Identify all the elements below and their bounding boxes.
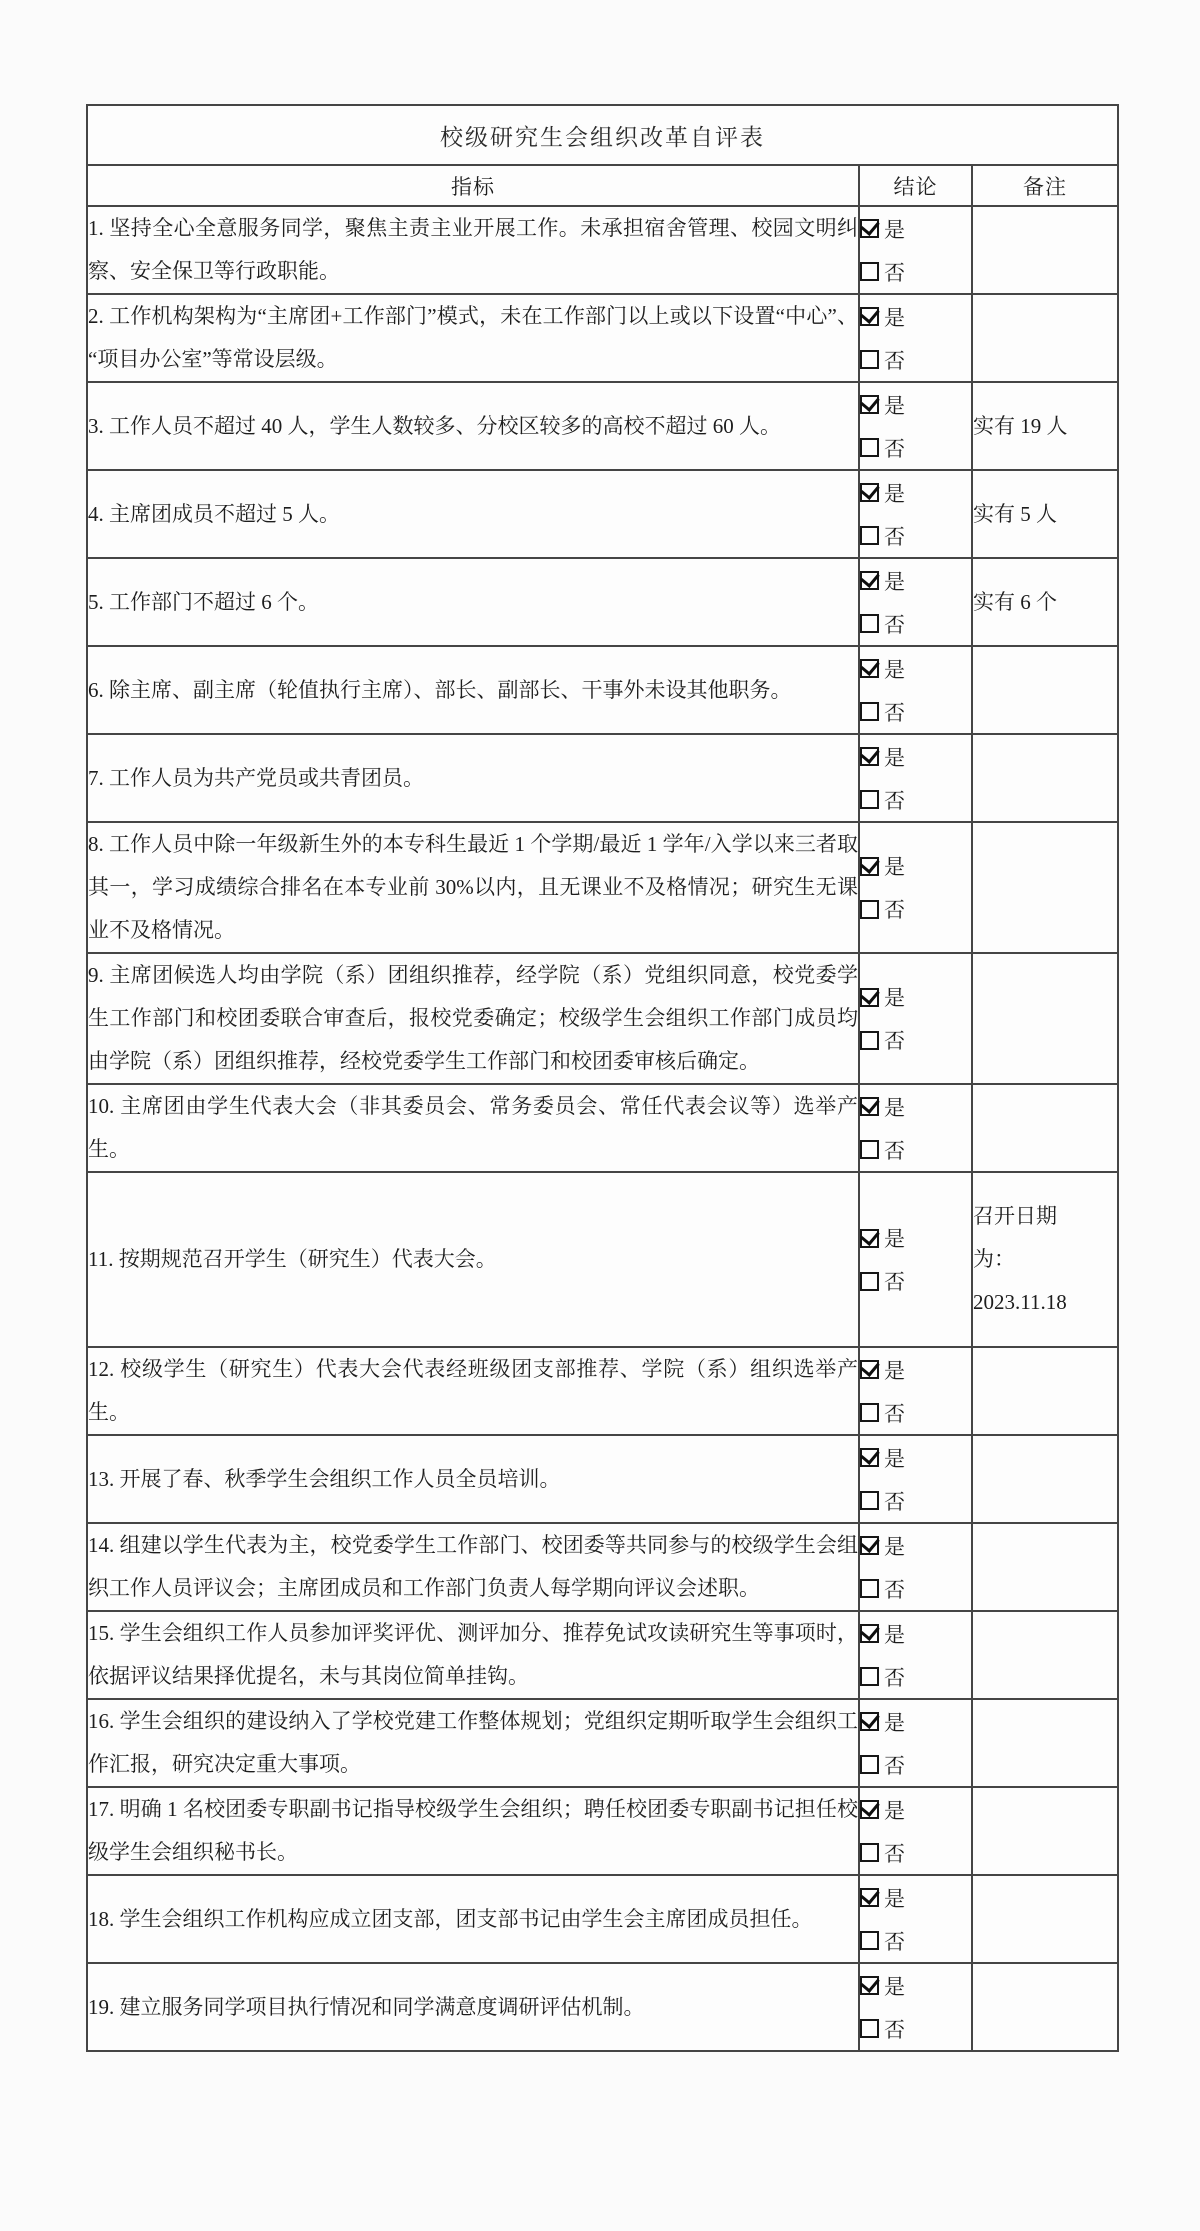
conclusion-no-option[interactable]: 否 xyxy=(860,602,971,645)
yes-checkbox-icon[interactable] xyxy=(860,1888,879,1907)
conclusion-no-option[interactable]: 否 xyxy=(860,1260,971,1303)
indicator-cell: 3. 工作人员不超过 40 人，学生人数较多、分校区较多的高校不超过 60 人。 xyxy=(87,382,859,470)
yes-checkbox-icon[interactable] xyxy=(860,1712,879,1731)
no-label: 否 xyxy=(884,1135,905,1165)
yes-checkbox-icon[interactable] xyxy=(860,571,879,590)
table-row: 18. 学生会组织工作机构应成立团支部，团支部书记由学生会主席团成员担任。 是 … xyxy=(87,1875,1118,1963)
conclusion-no-option[interactable]: 否 xyxy=(860,1831,971,1874)
table-row: 8. 工作人员中除一年级新生外的本专科生最近 1 个学期/最近 1 学年/入学以… xyxy=(87,822,1118,953)
yes-checkbox-icon[interactable] xyxy=(860,1800,879,1819)
remark-cell xyxy=(972,1435,1118,1523)
conclusion-yes-option[interactable]: 是 xyxy=(860,1348,971,1391)
yes-label: 是 xyxy=(884,1619,905,1649)
yes-checkbox-icon[interactable] xyxy=(860,1448,879,1467)
conclusion-no-option[interactable]: 否 xyxy=(860,1655,971,1698)
no-label: 否 xyxy=(884,257,905,287)
no-label: 否 xyxy=(884,1025,905,1055)
table-row: 6. 除主席、副主席（轮值执行主席）、部长、副部长、干事外未设其他职务。 是 否 xyxy=(87,646,1118,734)
conclusion-yes-option[interactable]: 是 xyxy=(860,1876,971,1919)
no-checkbox-icon[interactable] xyxy=(860,790,879,809)
conclusion-cell: 是 否 xyxy=(859,1084,972,1172)
yes-checkbox-icon[interactable] xyxy=(860,747,879,766)
indicator-text: 15. 学生会组织工作人员参加评奖评优、测评加分、推荐免试攻读研究生等事项时，依… xyxy=(88,1621,858,1688)
no-checkbox-icon[interactable] xyxy=(860,1931,879,1950)
table-row: 14. 组建以学生代表为主，校党委学生工作部门、校团委等共同参与的校级学生会组织… xyxy=(87,1523,1118,1611)
indicator-text: 19. 建立服务同学项目执行情况和同学满意度调研评估机制。 xyxy=(88,1995,645,2019)
conclusion-no-option[interactable]: 否 xyxy=(860,1919,971,1962)
conclusion-yes-option[interactable]: 是 xyxy=(860,559,971,602)
no-label: 否 xyxy=(884,1486,905,1516)
indicator-cell: 12. 校级学生（研究生）代表大会代表经班级团支部推荐、学院（系）组织选举产生。 xyxy=(87,1347,859,1435)
indicator-text: 13. 开展了春、秋季学生会组织工作人员全员培训。 xyxy=(88,1467,561,1491)
yes-label: 是 xyxy=(884,214,905,244)
remark-cell xyxy=(972,1611,1118,1699)
indicator-text: 18. 学生会组织工作机构应成立团支部，团支部书记由学生会主席团成员担任。 xyxy=(88,1907,813,1931)
yes-checkbox-icon[interactable] xyxy=(860,1097,879,1116)
no-checkbox-icon[interactable] xyxy=(860,900,879,919)
conclusion-cell: 是 否 xyxy=(859,734,972,822)
yes-checkbox-icon[interactable] xyxy=(860,1624,879,1643)
remark-cell xyxy=(972,1787,1118,1875)
conclusion-yes-option[interactable]: 是 xyxy=(860,1085,971,1128)
yes-checkbox-icon[interactable] xyxy=(860,1976,879,1995)
remark-text: 实有 6 个 xyxy=(973,590,1057,614)
conclusion-yes-option[interactable]: 是 xyxy=(860,1964,971,2007)
conclusion-cell: 是 否 xyxy=(859,558,972,646)
indicator-text: 14. 组建以学生代表为主，校党委学生工作部门、校团委等共同参与的校级学生会组织… xyxy=(88,1533,858,1600)
yes-checkbox-icon[interactable] xyxy=(860,395,879,414)
yes-checkbox-icon[interactable] xyxy=(860,988,879,1007)
conclusion-no-option[interactable]: 否 xyxy=(860,514,971,557)
table-row: 1. 坚持全心全意服务同学，聚焦主责主业开展工作。未承担宿舍管理、校园文明纠察、… xyxy=(87,206,1118,294)
conclusion-yes-option[interactable]: 是 xyxy=(860,383,971,426)
indicator-text: 10. 主席团由学生代表大会（非其委员会、常务委员会、常任代表会议等）选举产生。 xyxy=(88,1094,858,1161)
no-label: 否 xyxy=(884,433,905,463)
indicator-cell: 15. 学生会组织工作人员参加评奖评优、测评加分、推荐免试攻读研究生等事项时，依… xyxy=(87,1611,859,1699)
no-label: 否 xyxy=(884,1926,905,1956)
indicator-cell: 13. 开展了春、秋季学生会组织工作人员全员培训。 xyxy=(87,1435,859,1523)
remark-cell: 实有 5 人 xyxy=(972,470,1118,558)
no-checkbox-icon[interactable] xyxy=(860,1272,879,1291)
yes-label: 是 xyxy=(884,851,905,881)
remark-text: 实有 19 人 xyxy=(973,414,1068,438)
remark-cell xyxy=(972,1699,1118,1787)
indicator-text: 11. 按期规范召开学生（研究生）代表大会。 xyxy=(88,1247,497,1271)
indicator-cell: 19. 建立服务同学项目执行情况和同学满意度调研评估机制。 xyxy=(87,1963,859,2051)
remark-text: 召开日期 为： 2023.11.18 xyxy=(973,1204,1067,1314)
indicator-text: 8. 工作人员中除一年级新生外的本专科生最近 1 个学期/最近 1 学年/入学以… xyxy=(88,832,858,942)
indicator-cell: 6. 除主席、副主席（轮值执行主席）、部长、副部长、干事外未设其他职务。 xyxy=(87,646,859,734)
conclusion-no-option[interactable]: 否 xyxy=(860,1019,971,1062)
table-row: 19. 建立服务同学项目执行情况和同学满意度调研评估机制。 是 否 xyxy=(87,1963,1118,2051)
yes-label: 是 xyxy=(884,654,905,684)
no-label: 否 xyxy=(884,1838,905,1868)
conclusion-cell: 是 否 xyxy=(859,206,972,294)
remark-cell: 召开日期 为： 2023.11.18 xyxy=(972,1172,1118,1347)
indicator-text: 17. 明确 1 名校团委专职副书记指导校级学生会组织；聘任校团委专职副书记担任… xyxy=(88,1797,858,1864)
yes-label: 是 xyxy=(884,1795,905,1825)
conclusion-yes-option[interactable]: 是 xyxy=(860,1700,971,1743)
document-page: 校级研究生会组织改革自评表 指标 结论 备注 1. 坚持全心全意服务同学，聚焦主… xyxy=(0,0,1200,2231)
indicator-text: 3. 工作人员不超过 40 人，学生人数较多、分校区较多的高校不超过 60 人。 xyxy=(88,414,781,438)
table-row: 3. 工作人员不超过 40 人，学生人数较多、分校区较多的高校不超过 60 人。… xyxy=(87,382,1118,470)
indicator-cell: 17. 明确 1 名校团委专职副书记指导校级学生会组织；聘任校团委专职副书记担任… xyxy=(87,1787,859,1875)
remark-cell xyxy=(972,822,1118,953)
remark-cell xyxy=(972,1963,1118,2051)
conclusion-cell: 是 否 xyxy=(859,1611,972,1699)
conclusion-no-option[interactable]: 否 xyxy=(860,1479,971,1522)
table-row: 11. 按期规范召开学生（研究生）代表大会。 是 否 召开日期 为： 2023.… xyxy=(87,1172,1118,1347)
indicator-cell: 4. 主席团成员不超过 5 人。 xyxy=(87,470,859,558)
yes-label: 是 xyxy=(884,1443,905,1473)
yes-checkbox-icon[interactable] xyxy=(860,307,879,326)
indicator-text: 6. 除主席、副主席（轮值执行主席）、部长、副部长、干事外未设其他职务。 xyxy=(88,678,792,702)
yes-label: 是 xyxy=(884,1092,905,1122)
conclusion-cell: 是 否 xyxy=(859,1963,972,2051)
conclusion-no-option[interactable]: 否 xyxy=(860,778,971,821)
conclusion-yes-option[interactable]: 是 xyxy=(860,735,971,778)
no-label: 否 xyxy=(884,1398,905,1428)
table-row: 7. 工作人员为共产党员或共青团员。 是 否 xyxy=(87,734,1118,822)
yes-label: 是 xyxy=(884,478,905,508)
conclusion-no-option[interactable]: 否 xyxy=(860,1128,971,1171)
conclusion-yes-option[interactable]: 是 xyxy=(860,207,971,250)
conclusion-no-option[interactable]: 否 xyxy=(860,338,971,381)
remark-cell xyxy=(972,1347,1118,1435)
indicator-cell: 10. 主席团由学生代表大会（非其委员会、常务委员会、常任代表会议等）选举产生。 xyxy=(87,1084,859,1172)
conclusion-cell: 是 否 xyxy=(859,646,972,734)
yes-label: 是 xyxy=(884,390,905,420)
indicator-text: 12. 校级学生（研究生）代表大会代表经班级团支部推荐、学院（系）组织选举产生。 xyxy=(88,1357,858,1424)
no-checkbox-icon[interactable] xyxy=(860,438,879,457)
indicator-text: 2. 工作机构架构为“主席团+工作部门”模式，未在工作部门以上或以下设置“中心”… xyxy=(88,304,858,371)
conclusion-cell: 是 否 xyxy=(859,470,972,558)
no-label: 否 xyxy=(884,697,905,727)
yes-checkbox-icon[interactable] xyxy=(860,1536,879,1555)
indicator-cell: 5. 工作部门不超过 6 个。 xyxy=(87,558,859,646)
conclusion-cell: 是 否 xyxy=(859,1875,972,1963)
no-label: 否 xyxy=(884,521,905,551)
conclusion-no-option[interactable]: 否 xyxy=(860,1391,971,1434)
no-label: 否 xyxy=(884,1750,905,1780)
conclusion-no-option[interactable]: 否 xyxy=(860,690,971,733)
no-label: 否 xyxy=(884,1574,905,1604)
table-row: 10. 主席团由学生代表大会（非其委员会、常务委员会、常任代表会议等）选举产生。… xyxy=(87,1084,1118,1172)
table-row: 2. 工作机构架构为“主席团+工作部门”模式，未在工作部门以上或以下设置“中心”… xyxy=(87,294,1118,382)
remark-cell xyxy=(972,294,1118,382)
remark-cell: 实有 6 个 xyxy=(972,558,1118,646)
indicator-cell: 2. 工作机构架构为“主席团+工作部门”模式，未在工作部门以上或以下设置“中心”… xyxy=(87,294,859,382)
items-body: 1. 坚持全心全意服务同学，聚焦主责主业开展工作。未承担宿舍管理、校园文明纠察、… xyxy=(87,206,1118,2051)
title-row: 校级研究生会组织改革自评表 xyxy=(87,105,1118,165)
conclusion-yes-option[interactable]: 是 xyxy=(860,976,971,1019)
indicator-cell: 9. 主席团候选人均由学院（系）团组织推荐，经学院（系）党组织同意，校党委学生工… xyxy=(87,953,859,1084)
yes-label: 是 xyxy=(884,742,905,772)
conclusion-no-option[interactable]: 否 xyxy=(860,250,971,293)
indicator-text: 4. 主席团成员不超过 5 人。 xyxy=(88,502,340,526)
table-row: 17. 明确 1 名校团委专职副书记指导校级学生会组织；聘任校团委专职副书记担任… xyxy=(87,1787,1118,1875)
conclusion-cell: 是 否 xyxy=(859,1523,972,1611)
remark-cell xyxy=(972,953,1118,1084)
remark-cell xyxy=(972,206,1118,294)
yes-label: 是 xyxy=(884,1883,905,1913)
indicator-text: 16. 学生会组织的建设纳入了学校党建工作整体规划；党组织定期听取学生会组织工作… xyxy=(88,1709,858,1776)
yes-label: 是 xyxy=(884,1531,905,1561)
conclusion-yes-option[interactable]: 是 xyxy=(860,1612,971,1655)
table-row: 4. 主席团成员不超过 5 人。 是 否 实有 5 人 xyxy=(87,470,1118,558)
conclusion-cell: 是 否 xyxy=(859,1172,972,1347)
yes-label: 是 xyxy=(884,1355,905,1385)
table-row: 13. 开展了春、秋季学生会组织工作人员全员培训。 是 否 xyxy=(87,1435,1118,1523)
remark-cell: 实有 19 人 xyxy=(972,382,1118,470)
no-checkbox-icon[interactable] xyxy=(860,1843,879,1862)
indicator-text: 9. 主席团候选人均由学院（系）团组织推荐，经学院（系）党组织同意，校党委学生工… xyxy=(88,963,858,1073)
no-label: 否 xyxy=(884,1662,905,1692)
conclusion-cell: 是 否 xyxy=(859,1347,972,1435)
indicator-text: 7. 工作人员为共产党员或共青团员。 xyxy=(88,766,424,790)
table-row: 16. 学生会组织的建设纳入了学校党建工作整体规划；党组织定期听取学生会组织工作… xyxy=(87,1699,1118,1787)
indicator-cell: 18. 学生会组织工作机构应成立团支部，团支部书记由学生会主席团成员担任。 xyxy=(87,1875,859,1963)
no-checkbox-icon[interactable] xyxy=(860,702,879,721)
conclusion-yes-option[interactable]: 是 xyxy=(860,1524,971,1567)
remark-cell xyxy=(972,1875,1118,1963)
indicator-text: 5. 工作部门不超过 6 个。 xyxy=(88,590,319,614)
conclusion-no-option[interactable]: 否 xyxy=(860,1743,971,1786)
conclusion-yes-option[interactable]: 是 xyxy=(860,1217,971,1260)
indicator-cell: 11. 按期规范召开学生（研究生）代表大会。 xyxy=(87,1172,859,1347)
conclusion-cell: 是 否 xyxy=(859,1787,972,1875)
conclusion-no-option[interactable]: 否 xyxy=(860,2007,971,2050)
no-checkbox-icon[interactable] xyxy=(860,1140,879,1159)
no-checkbox-icon[interactable] xyxy=(860,1491,879,1510)
yes-label: 是 xyxy=(884,566,905,596)
conclusion-yes-option[interactable]: 是 xyxy=(860,845,971,888)
no-checkbox-icon[interactable] xyxy=(860,2019,879,2038)
col-header-indicator: 指标 xyxy=(87,165,859,206)
no-label: 否 xyxy=(884,2014,905,2044)
table-row: 9. 主席团候选人均由学院（系）团组织推荐，经学院（系）党组织同意，校党委学生工… xyxy=(87,953,1118,1084)
remark-cell xyxy=(972,646,1118,734)
conclusion-yes-option[interactable]: 是 xyxy=(860,647,971,690)
conclusion-yes-option[interactable]: 是 xyxy=(860,1436,971,1479)
no-checkbox-icon[interactable] xyxy=(860,1579,879,1598)
table-row: 12. 校级学生（研究生）代表大会代表经班级团支部推荐、学院（系）组织选举产生。… xyxy=(87,1347,1118,1435)
indicator-cell: 14. 组建以学生代表为主，校党委学生工作部门、校团委等共同参与的校级学生会组织… xyxy=(87,1523,859,1611)
no-checkbox-icon[interactable] xyxy=(860,1031,879,1050)
yes-checkbox-icon[interactable] xyxy=(860,483,879,502)
yes-label: 是 xyxy=(884,302,905,332)
no-checkbox-icon[interactable] xyxy=(860,614,879,633)
indicator-cell: 7. 工作人员为共产党员或共青团员。 xyxy=(87,734,859,822)
conclusion-no-option[interactable]: 否 xyxy=(860,426,971,469)
yes-label: 是 xyxy=(884,1971,905,2001)
remark-cell xyxy=(972,1523,1118,1611)
indicator-text: 1. 坚持全心全意服务同学，聚焦主责主业开展工作。未承担宿舍管理、校园文明纠察、… xyxy=(88,216,858,283)
conclusion-yes-option[interactable]: 是 xyxy=(860,1788,971,1831)
self-evaluation-table: 校级研究生会组织改革自评表 指标 结论 备注 1. 坚持全心全意服务同学，聚焦主… xyxy=(86,104,1119,2052)
conclusion-cell: 是 否 xyxy=(859,1435,972,1523)
table-row: 15. 学生会组织工作人员参加评奖评优、测评加分、推荐免试攻读研究生等事项时，依… xyxy=(87,1611,1118,1699)
no-checkbox-icon[interactable] xyxy=(860,1667,879,1686)
header-row: 指标 结论 备注 xyxy=(87,165,1118,206)
conclusion-no-option[interactable]: 否 xyxy=(860,888,971,931)
yes-label: 是 xyxy=(884,982,905,1012)
yes-checkbox-icon[interactable] xyxy=(860,857,879,876)
conclusion-yes-option[interactable]: 是 xyxy=(860,471,971,514)
no-checkbox-icon[interactable] xyxy=(860,350,879,369)
no-label: 否 xyxy=(884,345,905,375)
col-header-conclusion: 结论 xyxy=(859,165,972,206)
conclusion-no-option[interactable]: 否 xyxy=(860,1567,971,1610)
yes-label: 是 xyxy=(884,1707,905,1737)
indicator-cell: 16. 学生会组织的建设纳入了学校党建工作整体规划；党组织定期听取学生会组织工作… xyxy=(87,1699,859,1787)
yes-label: 是 xyxy=(884,1223,905,1253)
yes-checkbox-icon[interactable] xyxy=(860,1360,879,1379)
no-checkbox-icon[interactable] xyxy=(860,1755,879,1774)
conclusion-cell: 是 否 xyxy=(859,953,972,1084)
indicator-cell: 1. 坚持全心全意服务同学，聚焦主责主业开展工作。未承担宿舍管理、校园文明纠察、… xyxy=(87,206,859,294)
no-label: 否 xyxy=(884,785,905,815)
col-header-remark: 备注 xyxy=(972,165,1118,206)
no-checkbox-icon[interactable] xyxy=(860,1403,879,1422)
conclusion-cell: 是 否 xyxy=(859,294,972,382)
no-label: 否 xyxy=(884,894,905,924)
yes-checkbox-icon[interactable] xyxy=(860,219,879,238)
no-checkbox-icon[interactable] xyxy=(860,262,879,281)
no-checkbox-icon[interactable] xyxy=(860,526,879,545)
no-label: 否 xyxy=(884,609,905,639)
yes-checkbox-icon[interactable] xyxy=(860,1229,879,1248)
conclusion-yes-option[interactable]: 是 xyxy=(860,295,971,338)
form-title: 校级研究生会组织改革自评表 xyxy=(87,105,1118,165)
conclusion-cell: 是 否 xyxy=(859,822,972,953)
remark-cell xyxy=(972,1084,1118,1172)
conclusion-cell: 是 否 xyxy=(859,382,972,470)
remark-text: 实有 5 人 xyxy=(973,502,1057,526)
remark-cell xyxy=(972,734,1118,822)
table-row: 5. 工作部门不超过 6 个。 是 否 实有 6 个 xyxy=(87,558,1118,646)
no-label: 否 xyxy=(884,1266,905,1296)
indicator-cell: 8. 工作人员中除一年级新生外的本专科生最近 1 个学期/最近 1 学年/入学以… xyxy=(87,822,859,953)
conclusion-cell: 是 否 xyxy=(859,1699,972,1787)
yes-checkbox-icon[interactable] xyxy=(860,659,879,678)
